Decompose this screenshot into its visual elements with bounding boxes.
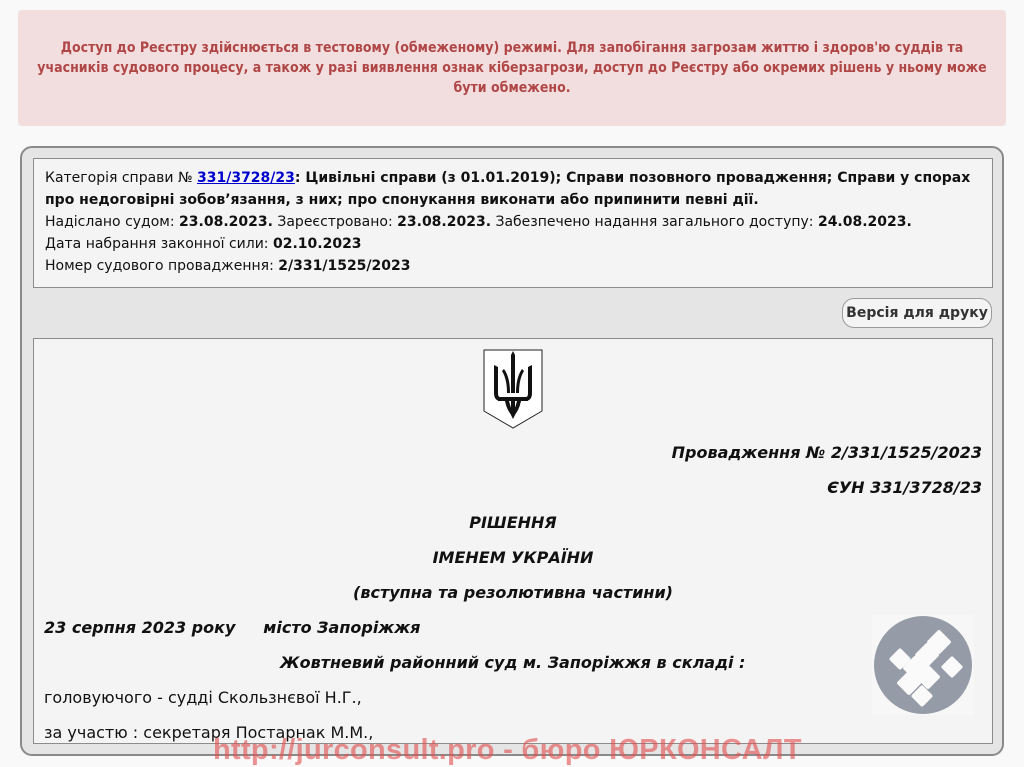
in-name-of-ukraine: ІМЕНЕМ УКРАЇНИ xyxy=(34,548,992,567)
decision-text: Провадження № 2/331/1525/2023 ЄУН 331/37… xyxy=(33,338,993,744)
unified-case-number: ЄУН 331/3728/23 xyxy=(827,478,982,497)
registered-label: Зареєстровано: xyxy=(273,214,397,230)
test-mode-notice: Доступ до Реєстру здійснюється в тестово… xyxy=(18,10,1006,126)
case-category-row: Категорія справи № 331/3728/23: Цивільні… xyxy=(45,167,981,211)
proceeding-label: Номер судового провадження: xyxy=(45,258,278,274)
proceeding-number-heading: Провадження № 2/331/1525/2023 xyxy=(672,443,982,462)
case-info-panel: Категорія справи № 331/3728/23: Цивільні… xyxy=(33,158,993,288)
sent-label: Надіслано судом: xyxy=(45,214,179,230)
proceeding-number-row: Номер судового провадження: 2/331/1525/2… xyxy=(45,255,981,277)
date-and-place: 23 серпня 2023 року місто Запоріжжя xyxy=(44,618,420,637)
puzzle-badge[interactable] xyxy=(872,615,974,715)
print-version-button[interactable]: Версія для друку xyxy=(842,298,992,328)
decision-subtitle: (вступна та резолютивна частини) xyxy=(34,583,992,602)
notice-text: Доступ до Реєстру здійснюється в тестово… xyxy=(35,38,989,98)
puzzle-badge-icon xyxy=(872,615,974,715)
access-date: 24.08.2023. xyxy=(818,214,912,230)
effective-date-row: Дата набрання законної сили: 02.10.2023 xyxy=(45,233,981,255)
effective-label: Дата набрання законної сили: xyxy=(45,236,273,252)
sent-date: 23.08.2023. xyxy=(179,214,273,230)
access-label: Забезпечено надання загального доступу: xyxy=(491,214,818,230)
trident-emblem-icon xyxy=(483,349,543,429)
registered-date: 23.08.2023. xyxy=(397,214,491,230)
watermark-text: http://jurconsult.pro - бюро ЮРКОНСАЛТ xyxy=(213,734,813,767)
decision-title: РІШЕННЯ xyxy=(34,513,992,532)
dates-row: Надіслано судом: 23.08.2023. Зареєстрова… xyxy=(45,211,981,233)
court-composition: Жовтневий районний суд м. Запоріжжя в ск… xyxy=(280,653,745,672)
case-number-link[interactable]: 331/3728/23 xyxy=(197,170,295,186)
presiding-judge: головуючого - судді Скользнєвої Н.Г., xyxy=(44,688,362,707)
decision-container: Категорія справи № 331/3728/23: Цивільні… xyxy=(20,146,1004,756)
effective-date: 02.10.2023 xyxy=(273,236,362,252)
proceeding-number: 2/331/1525/2023 xyxy=(278,258,410,274)
category-label: Категорія справи № xyxy=(45,170,197,186)
